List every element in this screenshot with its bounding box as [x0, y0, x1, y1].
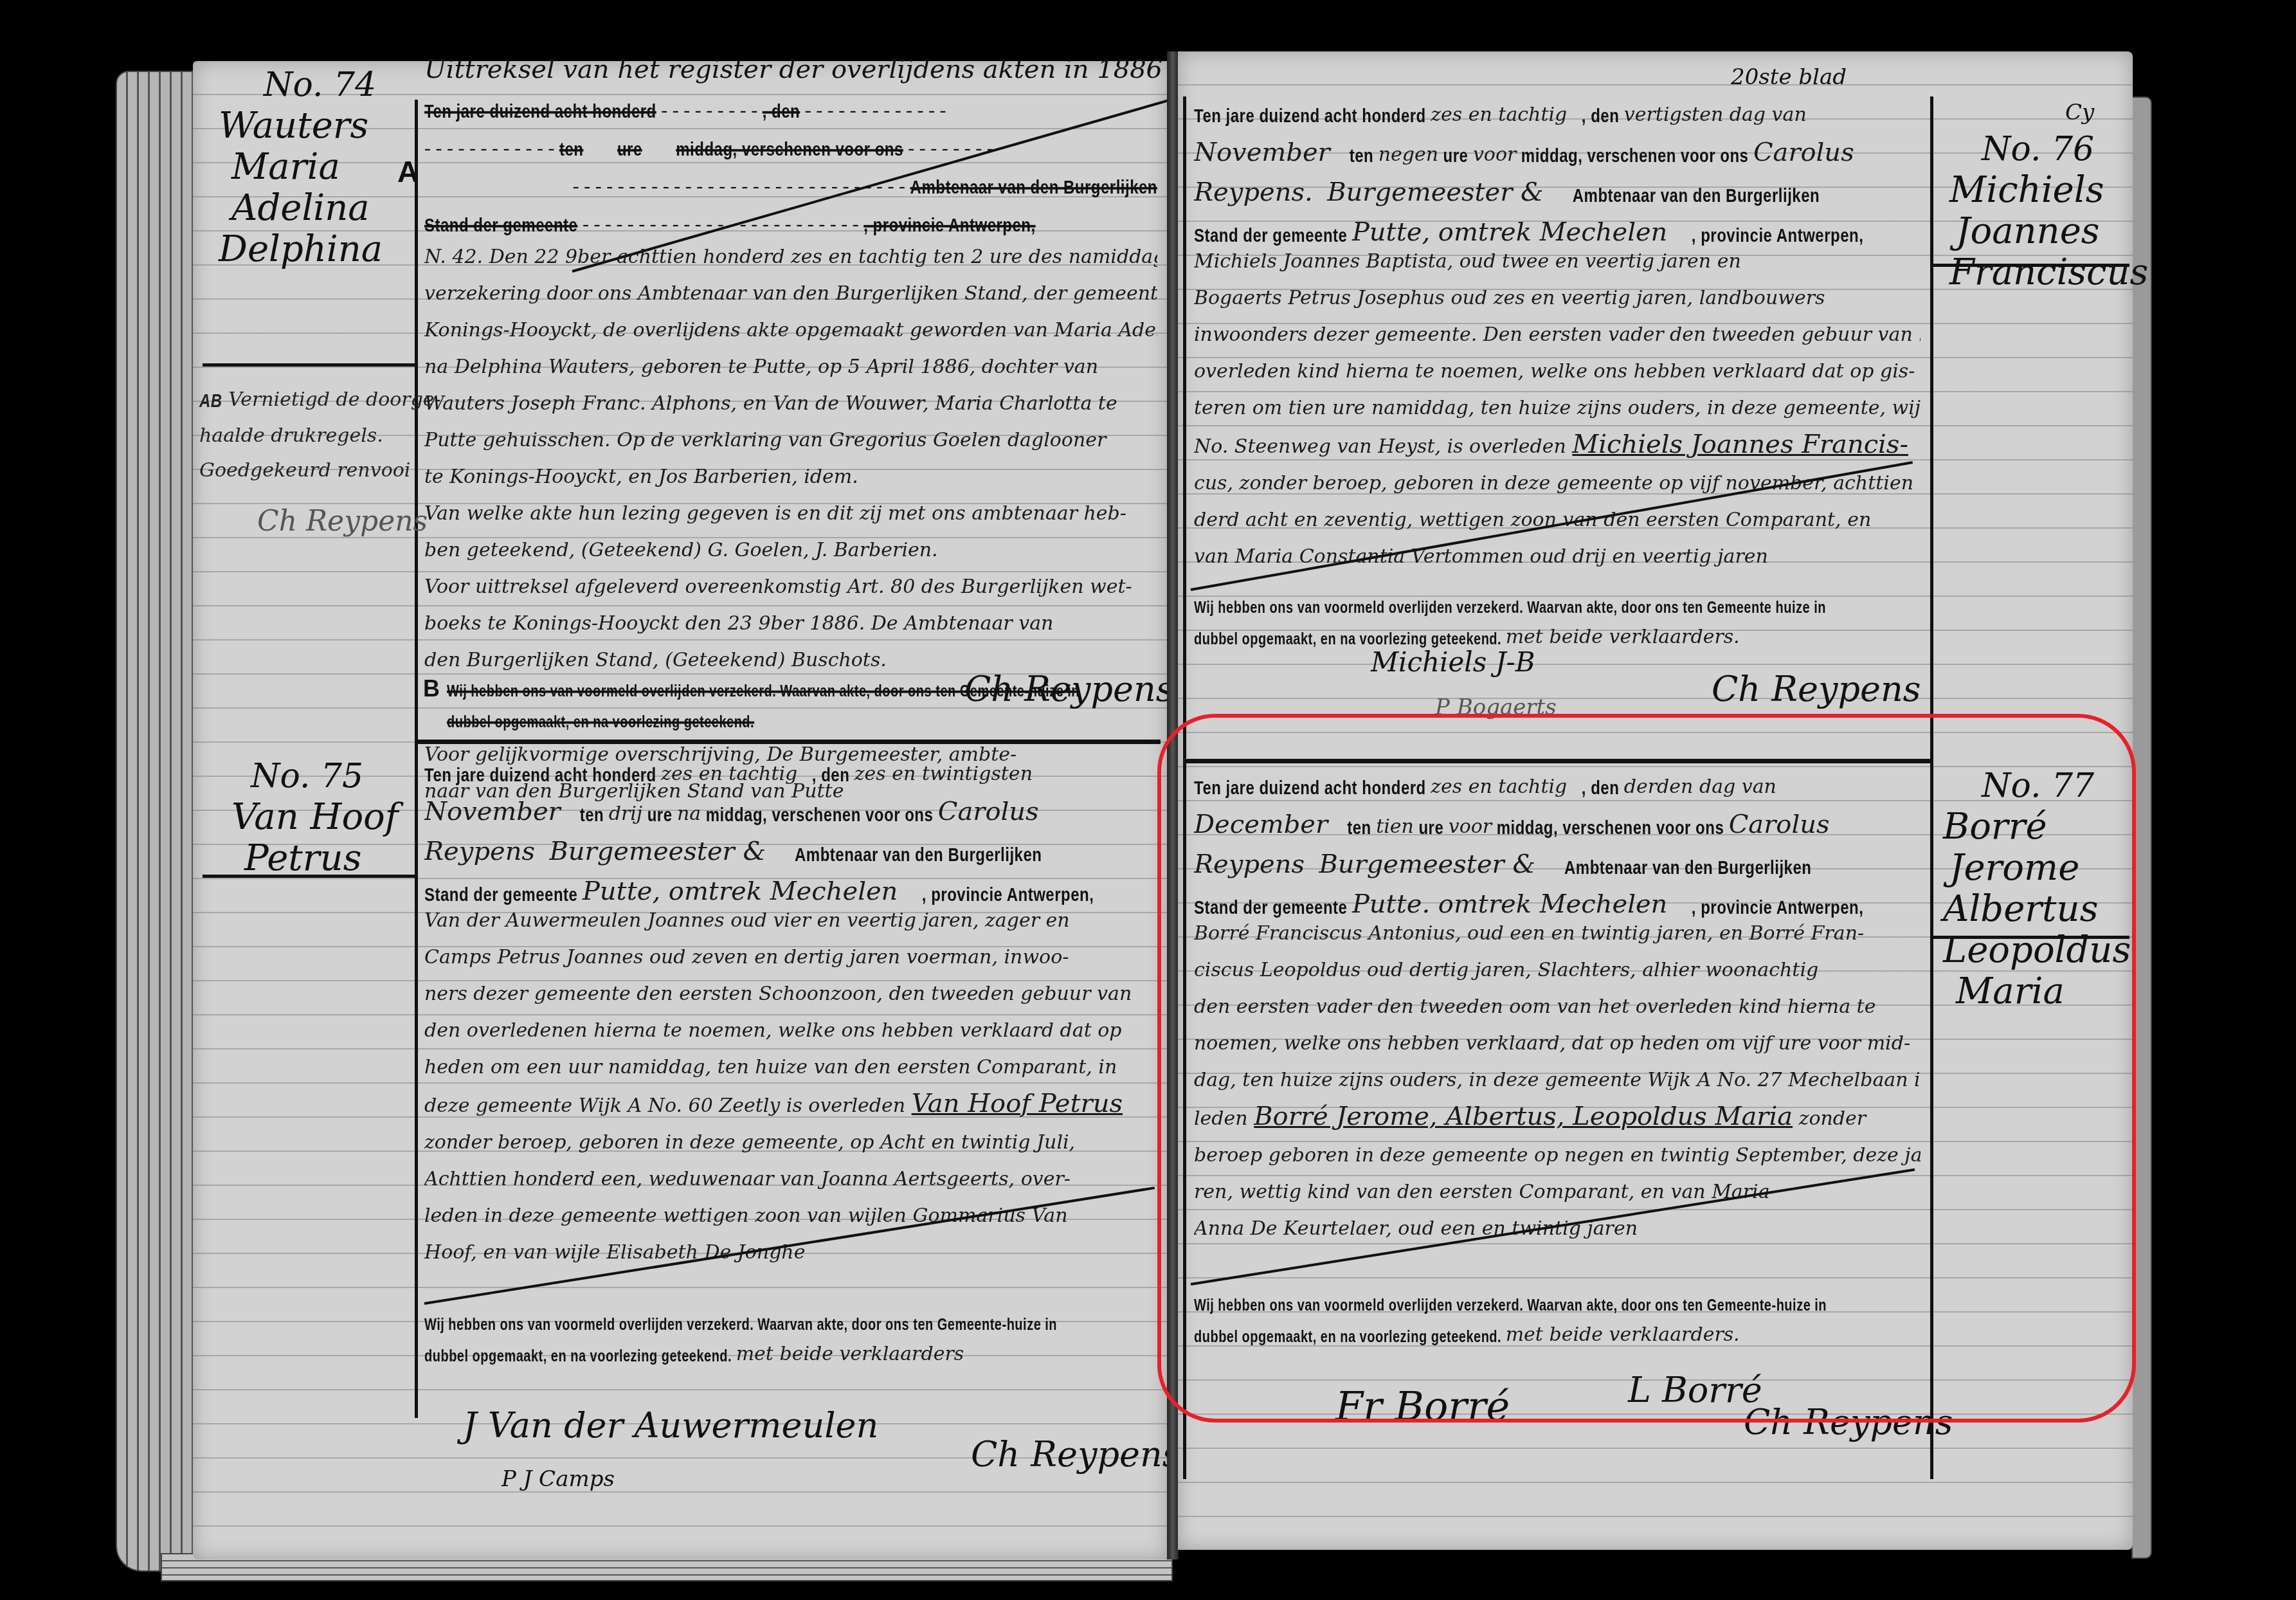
entry-77-margin: No. 77 Borré Jerome Albertus Leopoldus M… — [1943, 765, 2131, 1012]
margin-divider — [415, 100, 418, 1418]
remark-line: Goedgekeurd renvooi — [199, 453, 441, 488]
signature-witness-1: Fr Borré — [1335, 1383, 1510, 1430]
entry-74-struck-form: Ten jare duizend acht honderd - - - - - … — [424, 92, 1157, 244]
name-line: Franciscus — [1949, 252, 2148, 293]
marker-a: A — [397, 154, 419, 189]
entry-77-form: Ten jare duizend acht honderd zes en tac… — [1194, 768, 1921, 926]
signature-official: Ch Reypens — [1744, 1402, 1953, 1442]
signature-witness-1: Michiels J-B — [1371, 646, 1535, 678]
entry-separator — [415, 740, 1161, 744]
left-border — [1183, 96, 1186, 1479]
entry-number: No. 77 — [1943, 765, 2131, 806]
signature-official: Ch Reypens — [1712, 669, 1921, 709]
entry-number: No. 75 — [231, 756, 399, 797]
remark-line: Vernietigd de doorge- — [228, 388, 441, 411]
entry-76-form: Ten jare duizend acht honderd zes en tac… — [1194, 96, 1921, 254]
marker-b: B — [423, 675, 440, 702]
name-line: Albertus — [1943, 889, 2131, 930]
entry-74-remark: AB Vernietigd de doorge- haalde drukrege… — [199, 383, 441, 488]
signature-official: Ch Reypens — [971, 1434, 1180, 1475]
entry-75-margin: No. 75 Van Hoof Petrus — [231, 756, 399, 879]
name-line: Leopoldus — [1943, 930, 2131, 971]
signature-witness-2: L Borré — [1628, 1370, 1762, 1410]
entry-77-body: Borré Franciscus Antonius, oud een en tw… — [1194, 915, 1921, 1247]
folio-number: 20ste blad — [1731, 64, 1847, 90]
name-line: Joannes — [1949, 211, 2148, 252]
entry-74-signature: Ch Reypens — [964, 669, 1173, 709]
signature-witness-1: J Van der Auwermeulen — [463, 1405, 878, 1446]
name-line: Maria — [219, 147, 383, 188]
name-line: Wauters — [219, 105, 383, 147]
name-line: Michiels — [1949, 170, 2148, 211]
signature-witness-2: P J Camps — [502, 1466, 615, 1492]
deceased-name: Borré Jerome, Albertus, Leopoldus Maria — [1254, 1102, 1793, 1131]
book-edge-right — [2131, 96, 2152, 1559]
name-line: Van Hoof — [231, 797, 399, 838]
entry-77-closing: Wij hebben ons van voormeld overlijden v… — [1194, 1289, 1921, 1352]
name-line: Maria — [1943, 971, 2131, 1012]
margin-divider — [1930, 96, 1933, 1479]
corner-mark: Cy — [2065, 100, 2094, 125]
deceased-name: Michiels Joannes Francis- — [1572, 430, 1908, 459]
entry-number: No. 74 — [219, 64, 383, 105]
extract-heading: Uittreksel van het register der overlijd… — [424, 55, 1162, 84]
margin-rule-74 — [203, 363, 415, 367]
entry-separator — [1183, 759, 1930, 763]
deceased-name: Van Hoof Petrus — [912, 1089, 1123, 1118]
left-page: No. 74 Wauters Maria Adelina Delphina AB… — [193, 61, 1167, 1559]
name-line: Delphina — [219, 229, 383, 270]
remark-marker: AB — [199, 379, 222, 423]
name-line: Adelina — [219, 188, 383, 229]
entry-76-closing: Wij hebben ons van voormeld overlijden v… — [1194, 592, 1921, 654]
entry-75-closing: Wij hebben ons van voormeld overlijden v… — [424, 1309, 1157, 1371]
right-page: 20ste blad No. 76 Michiels Joannes Franc… — [1178, 51, 2133, 1550]
entry-75-form: Ten jare duizend acht honderd zes en tac… — [424, 756, 1157, 913]
entry-number: No. 76 — [1949, 129, 2148, 170]
entry-74-margin: No. 74 Wauters Maria Adelina Delphina — [219, 64, 383, 270]
remark-line: haalde drukregels. — [199, 419, 441, 453]
entry-74-body: N. 42. Den 22 9ber achttien honderd zes … — [424, 239, 1157, 678]
name-line: Borré — [1943, 806, 2131, 848]
name-line: Petrus — [231, 838, 399, 879]
name-line: Jerome — [1943, 848, 2131, 889]
entry-75-body: Van der Auwermeulen Joannes oud vier en … — [424, 902, 1157, 1271]
remark-signature: Ch Reypens — [257, 505, 428, 538]
signature-witness-2: P Bogaerts — [1435, 695, 1557, 720]
book-gutter — [1167, 51, 1179, 1559]
entry-76-margin: No. 76 Michiels Joannes Franciscus — [1949, 129, 2148, 293]
